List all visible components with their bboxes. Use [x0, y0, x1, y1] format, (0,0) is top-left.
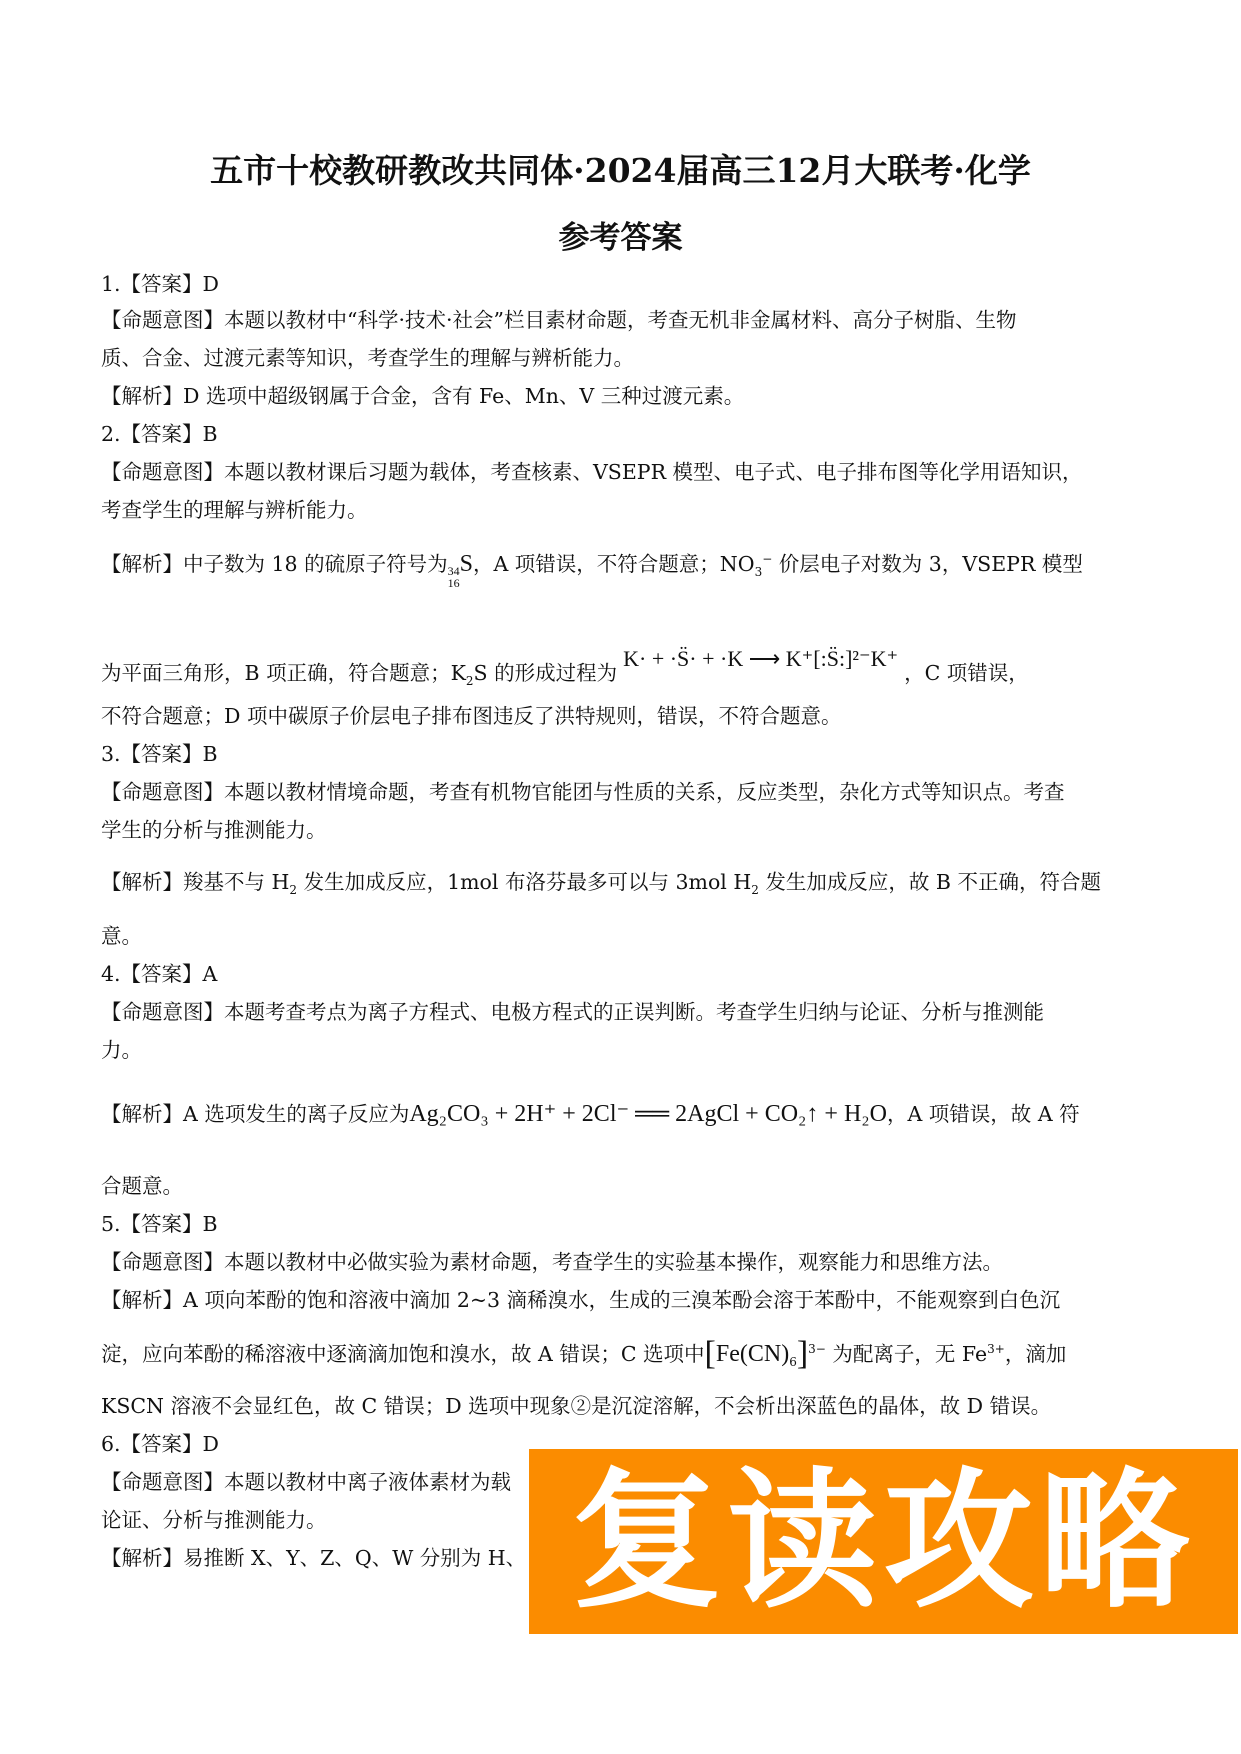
- k2s-formation-lewis-diagram: K· + ·S̈· + ·K ⟶ K⁺[:S̈:]²⁻K⁺: [623, 645, 898, 673]
- q2-intent-line: 【命题意图】本题以教材课后习题为载体，考查核素、VSEPR 模型、电子式、电子排…: [101, 458, 1083, 486]
- q2-analysis-line-1: 【解析】中子数为 18 的硫原子符号为3416S，A 项错误，不符合题意；NO3…: [101, 550, 1083, 589]
- q1-answer: 1.【答案】D: [101, 270, 219, 298]
- q3-intent-line: 学生的分析与推测能力。: [101, 816, 327, 844]
- q3-intent-line: 【命题意图】本题以教材情境命题，考查有机物官能团与性质的关系，反应类型，杂化方式…: [101, 778, 1065, 806]
- q3-analysis-line-1: 【解析】羧基不与 H2 发生加成反应，1mol 布洛芬最多可以与 3mol H2…: [101, 868, 1101, 896]
- q6-answer: 6.【答案】D: [101, 1430, 219, 1458]
- q3-answer: 3.【答案】B: [101, 740, 218, 768]
- q5-analysis-line-2: 淀，应向苯酚的稀溶液中逐滴滴加饱和溴水，故 A 错误；C 选项中[Fe(CN)6…: [101, 1340, 1066, 1368]
- q4-answer: 4.【答案】A: [101, 960, 217, 988]
- q2-intent-line: 考查学生的理解与辨析能力。: [101, 496, 368, 524]
- document-subtitle: 参考答案: [0, 212, 1241, 257]
- q1-intent-line: 质、合金、过渡元素等知识，考查学生的理解与辨析能力。: [101, 344, 634, 372]
- watermark-banner: 复读攻略: [529, 1449, 1238, 1634]
- watermark-text: 复读攻略: [571, 1467, 1195, 1617]
- q6-intent-line: 【命题意图】本题以教材中离子液体素材为载: [101, 1468, 511, 1496]
- q2-analysis-line-2: 为平面三角形，B 项正确，符合题意；K2S 的形成过程为K· + ·S̈· + …: [101, 645, 1029, 687]
- q1-analysis: 【解析】D 选项中超级钢属于合金，含有 Fe、Mn、V 三种过渡元素。: [101, 382, 744, 410]
- q6-analysis: 【解析】易推断 X、Y、Z、Q、W 分别为 H、: [101, 1544, 526, 1572]
- q1-intent-line: 【命题意图】本题以教材中“科学·技术·社会”栏目素材命题，考查无机非金属材料、高…: [101, 306, 1017, 334]
- q4-intent-line: 力。: [101, 1036, 142, 1064]
- answer-key-page: 五市十校教研教改共同体·2024届高三12月大联考·化学 参考答案 1.【答案】…: [0, 0, 1241, 1754]
- q5-analysis-line-1: 【解析】A 项向苯酚的饱和溶液中滴加 2~3 滴稀溴水，生成的三溴苯酚会溶于苯酚…: [101, 1286, 1060, 1314]
- q4-intent-line: 【命题意图】本题考查考点为离子方程式、电极方程式的正误判断。考查学生归纳与论证、…: [101, 998, 1044, 1026]
- ionic-equation: Ag₂CO₃ + 2H⁺ + 2Cl⁻ ══ 2AgCl + CO₂↑ + H₂…: [409, 1101, 887, 1127]
- q5-answer: 5.【答案】B: [101, 1210, 218, 1238]
- q2-answer: 2.【答案】B: [101, 420, 218, 448]
- q5-intent-line: 【命题意图】本题以教材中必做实验为素材命题，考查学生的实验基本操作，观察能力和思…: [101, 1248, 1003, 1276]
- document-title: 五市十校教研教改共同体·2024届高三12月大联考·化学: [0, 145, 1241, 192]
- q5-analysis-line-3: KSCN 溶液不会显红色，故 C 错误；D 选项中现象②是沉淀溶解，不会析出深蓝…: [101, 1392, 1051, 1420]
- q4-analysis-line-2: 合题意。: [101, 1172, 183, 1200]
- q3-analysis-line-2: 意。: [101, 922, 142, 950]
- q4-analysis-line-1: 【解析】A 选项发生的离子反应为Ag₂CO₃ + 2H⁺ + 2Cl⁻ ══ 2…: [101, 1100, 1080, 1128]
- isotope-symbol: 3416S: [448, 551, 473, 577]
- q6-intent-line: 论证、分析与推测能力。: [101, 1506, 327, 1534]
- q2-analysis-line-3: 不符合题意；D 项中碳原子价层电子排布图违反了洪特规则，错误，不符合题意。: [101, 702, 841, 730]
